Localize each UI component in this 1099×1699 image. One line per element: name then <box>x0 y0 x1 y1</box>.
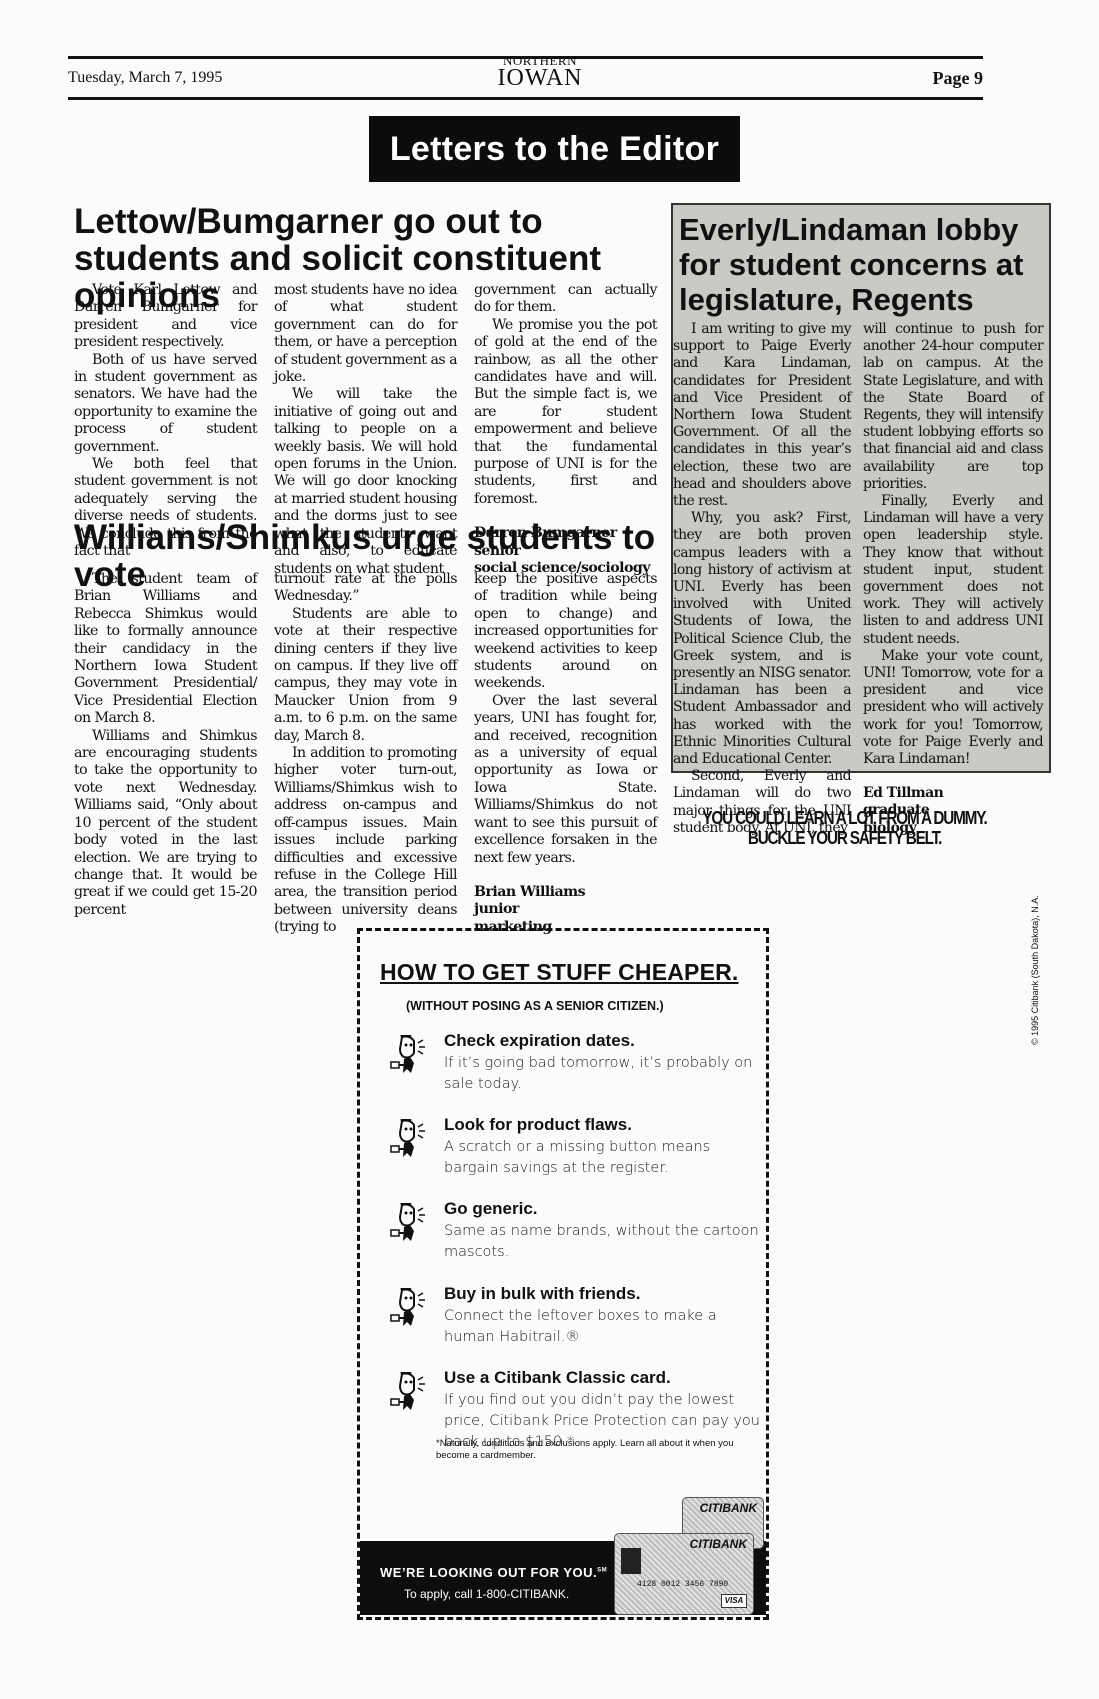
safety-ad-line1: YOU COULD LEARN A LOT FROM A DUMMY. <box>700 808 989 828</box>
cartoon-shopper-icon <box>390 1203 426 1243</box>
tip-body: Same as name brands, without the cartoon… <box>444 1221 764 1263</box>
publication-name: NORTHERN IOWAN <box>480 54 600 90</box>
signature-name: Ed Tillman <box>863 785 1043 802</box>
cartoon-shopper-icon <box>390 1372 426 1412</box>
article-headline: Everly/Lindaman lobby for student concer… <box>679 212 1047 317</box>
tip-body: If it’s going bad tomorrow, it’s probabl… <box>444 1053 764 1095</box>
paragraph: I am writing to give my support to Paige… <box>673 321 851 510</box>
slogan-text: WE’RE LOOKING OUT FOR YOU. <box>380 1565 597 1580</box>
fine-print: *Naturally, conditions and exclusions ap… <box>436 1438 736 1462</box>
paragraph: will continue to push for another 24-hou… <box>863 321 1043 493</box>
tip-body: A scratch or a missing button means barg… <box>444 1137 764 1179</box>
cartoon-shopper-icon <box>390 1288 426 1328</box>
paragraph: Finally, Everly and Lindaman will have a… <box>863 493 1043 648</box>
article-column: keep the positive aspects of tradition w… <box>474 571 657 936</box>
citibank-ad: HOW TO GET STUFF CHEAPER. (WITHOUT POSIN… <box>357 928 769 1620</box>
cartoon-shopper-icon <box>390 1119 426 1159</box>
cardholder-photo <box>621 1548 641 1574</box>
paragraph: government can actually do for them. <box>474 282 657 317</box>
paragraph: In addition to promoting higher voter tu… <box>274 745 457 936</box>
ad-slogan: WE’RE LOOKING OUT FOR YOU.SM <box>380 1565 607 1580</box>
article-column: The student team of Brian Williams and R… <box>74 571 257 919</box>
tip-heading: Buy in bulk with friends. <box>444 1284 640 1304</box>
paragraph: Both of us have served in student govern… <box>74 352 257 456</box>
card-number: 4128 0012 3456 7890 <box>637 1580 728 1589</box>
paragraph: We promise you the pot of gold at the en… <box>474 317 657 508</box>
apply-phone: To apply, call 1-800-CITIBANK. <box>404 1587 569 1601</box>
paragraph: Over the last several years, UNI has fou… <box>474 693 657 867</box>
tip-heading: Use a Citibank Classic card. <box>444 1368 671 1388</box>
signature-name: Brian Williams <box>474 884 657 901</box>
publication-name-bottom: IOWAN <box>480 66 600 90</box>
tip-heading: Look for product flaws. <box>444 1115 632 1135</box>
paragraph: The student team of Brian Williams and R… <box>74 571 257 728</box>
tip-heading: Go generic. <box>444 1199 538 1219</box>
service-mark: SM <box>597 1568 607 1574</box>
safety-ad-line2: BUCKLE YOUR SAFETY BELT. <box>700 828 989 848</box>
card-brand: CITIBANK <box>700 1501 757 1515</box>
paragraph: Make your vote count, UNI! Tomorrow, vot… <box>863 648 1043 768</box>
paragraph: keep the positive aspects of tradition w… <box>474 571 657 693</box>
cartoon-shopper-icon <box>390 1035 426 1075</box>
section-banner: Letters to the Editor <box>369 116 740 182</box>
ad-copyright: © 1995 Citibank (South Dakota), N.A. <box>1030 865 1040 1045</box>
issue-date: Tuesday, March 7, 1995 <box>68 69 222 87</box>
boxed-letter: Everly/Lindaman lobby for student concer… <box>671 203 1051 773</box>
paragraph: Vote Karl Lettow and Darren Bumgarner fo… <box>74 282 257 352</box>
paragraph: Students are able to vote at their respe… <box>274 606 457 745</box>
tip-heading: Check expiration dates. <box>444 1031 635 1051</box>
paragraph: Why, you ask? First, they are both prove… <box>673 510 851 768</box>
safety-belt-ad: YOU COULD LEARN A LOT FROM A DUMMY. BUCK… <box>700 808 989 848</box>
paragraph: Williams and Shimkus are encouraging stu… <box>74 728 257 919</box>
paragraph: turnout rate at the polls Wednesday.” <box>274 571 457 606</box>
ad-title: HOW TO GET STUFF CHEAPER. <box>380 959 739 986</box>
tip-body: Connect the leftover boxes to make a hum… <box>444 1306 764 1348</box>
ad-subtitle: (WITHOUT POSING AS A SENIOR CITIZEN.) <box>406 999 664 1013</box>
signature-year: junior <box>474 901 657 918</box>
article-column: I am writing to give my support to Paige… <box>673 321 851 837</box>
article-column: turnout rate at the polls Wednesday.” St… <box>274 571 457 937</box>
article-column: will continue to push for another 24-hou… <box>863 321 1043 837</box>
paragraph: most students have no idea of what stude… <box>274 282 457 386</box>
credit-card-front: CITIBANK 4128 0012 3456 7890 VISA <box>614 1533 754 1615</box>
card-brand: CITIBANK <box>690 1537 747 1551</box>
visa-logo-icon: VISA <box>721 1594 747 1608</box>
page-number: Page 9 <box>933 68 983 89</box>
masthead-bottom-rule <box>68 97 983 100</box>
